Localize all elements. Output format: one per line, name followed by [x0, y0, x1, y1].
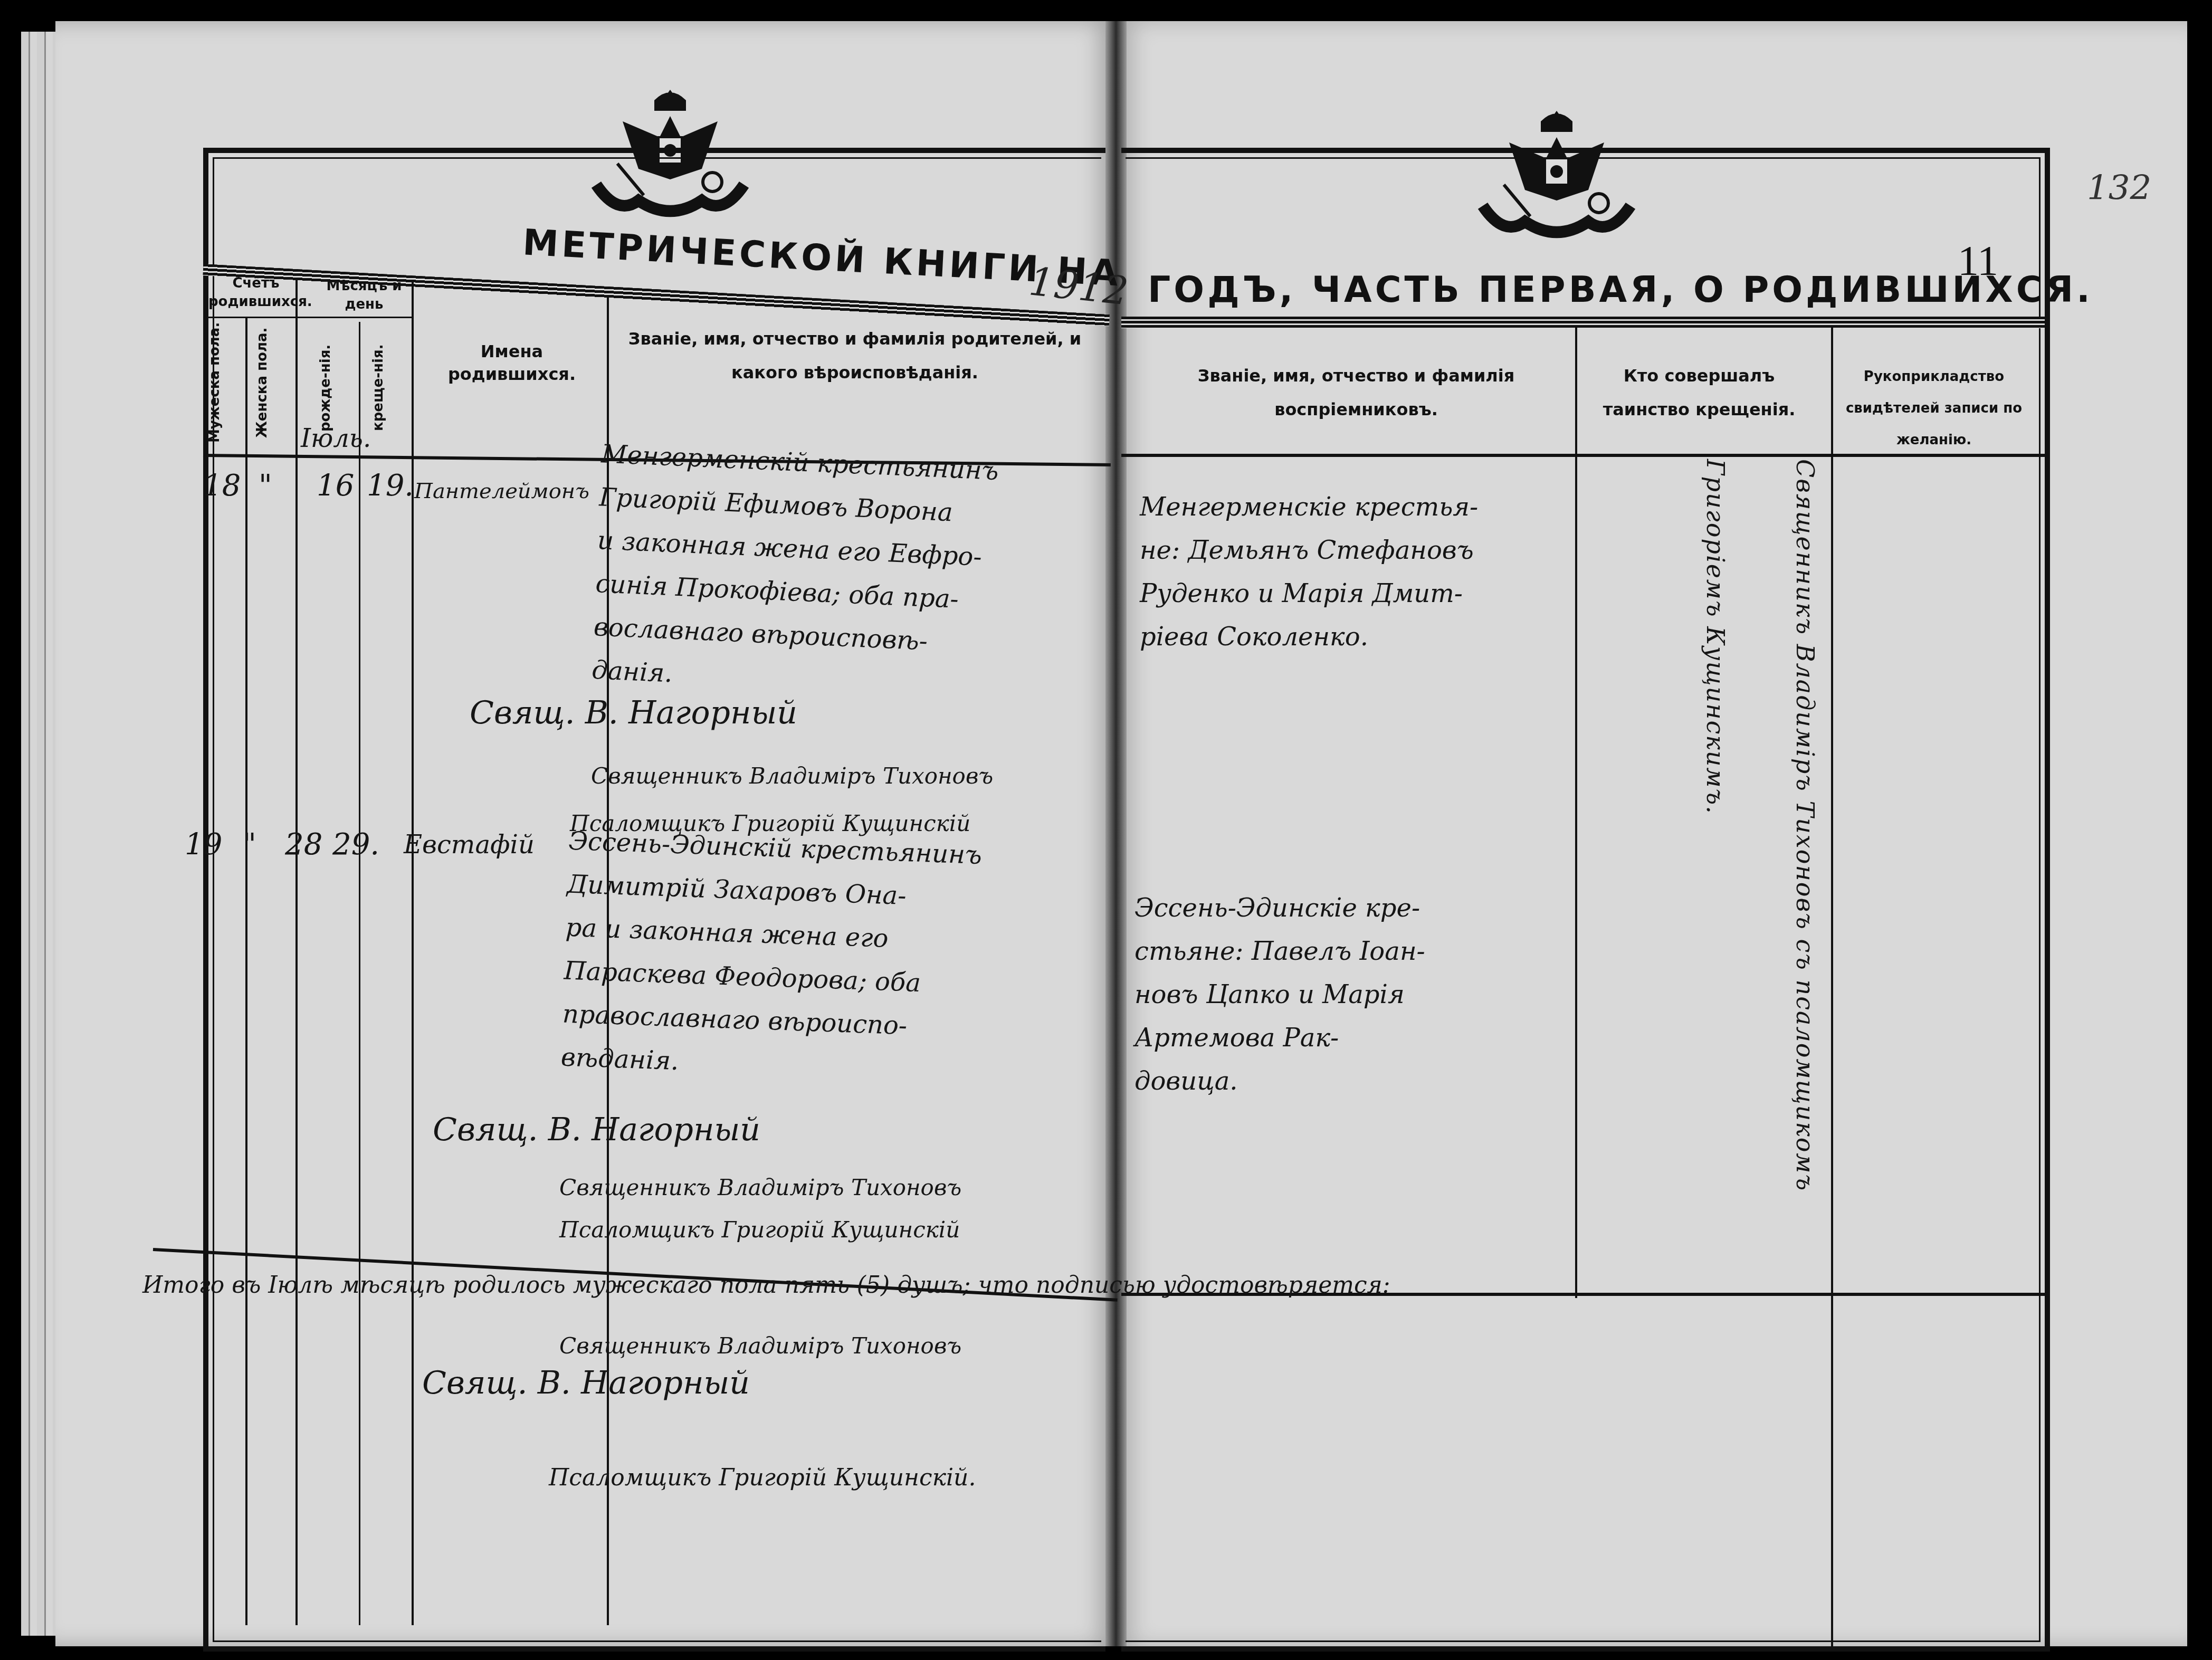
record-2-female-no: " — [243, 823, 256, 866]
final-signature-priest: Свящ. В. Нагорный — [422, 1361, 750, 1405]
record-1-child-name: Пантелеймонъ — [414, 470, 589, 513]
record-2-child-name: Евстафій — [404, 823, 535, 866]
col-header-witness: Рукоприкладство свидѣтелей записи по жел… — [1831, 361, 2037, 456]
col-header-godparents: Званіе, имя, отчество и фамилія воспріем… — [1150, 359, 1562, 426]
col-header-officiant: Кто совершалъ таинство крещенія. — [1578, 359, 1820, 426]
record-1-signature-priest-full: Священникъ Владиміръ Тихоновъ — [591, 755, 993, 798]
month-label: Іюль. — [301, 417, 371, 460]
col-header-female: Женска пола. — [253, 322, 274, 443]
col-header-male: Мужеска пола. — [206, 322, 227, 443]
record-1-birth-day: 16 — [317, 464, 354, 508]
col-header-month-day: Мѣсяцъ и день — [311, 277, 417, 314]
record-1-male-no: 18 — [203, 464, 241, 508]
col-header-count: Счётъ родившихся. — [208, 274, 303, 311]
record-2-signature-psalmist: Псаломщикъ Григорій Кущинскій — [559, 1208, 960, 1252]
col-header-parents: Званіе, имя, отчество и фамилія родителе… — [612, 322, 1098, 389]
record-2-baptism-day: 29. — [332, 823, 379, 866]
col-line — [1575, 327, 1577, 1298]
record-2-birth-day: 28 — [285, 823, 322, 866]
record-2-signature-priest: Свящ. В. Нагорный — [433, 1108, 760, 1151]
record-2-signature-priest-full: Священникъ Владиміръ Тихоновъ — [559, 1166, 961, 1209]
record-1-baptism-day: 19. — [367, 464, 414, 508]
header-bottom-rule-right — [1121, 454, 2050, 457]
page-number: 11 — [1958, 237, 1998, 285]
col-line — [359, 322, 360, 1625]
subheader-rule — [206, 317, 412, 318]
officiant-vertical-text-2: Григоріемъ Кущинскимъ. — [1694, 459, 1737, 987]
col-header-names: Имена родившихся. — [417, 340, 607, 386]
record-1-godparents: Менгерменскіе крестья- не: Демьянъ Стефа… — [1140, 485, 1572, 659]
record-2-male-no: 19 — [185, 823, 222, 866]
record-2-parents: Эссень-Эдинскій крестьянинъ Димитрій Зах… — [560, 819, 1097, 1098]
col-line — [1831, 327, 1833, 1646]
final-signature-psalmist: Псаломщикъ Григорій Кущинскій. — [549, 1456, 976, 1500]
book-title-right: ГОДЪ, ЧАСТЬ ПЕРВАЯ, О РОДИВШИХСЯ. — [1148, 269, 2093, 311]
record-1-signature-priest: Свящ. В. Нагорный — [470, 691, 797, 734]
folio-number: 132 — [2087, 169, 2151, 208]
summary-line: Итого въ Іюлѣ мѣсяцѣ родилось мужескаго … — [142, 1264, 2042, 1307]
col-header-baptism: креще-нія. — [369, 327, 390, 449]
officiant-vertical-text: Священникъ Владиміръ Тихоновъ съ псаломщ… — [1784, 459, 1827, 1594]
record-1-female-no: " — [259, 464, 272, 508]
record-2-godparents: Эссень-Эдинскіе кре- стьяне: Павелъ Іоан… — [1134, 886, 1567, 1103]
col-line — [295, 280, 298, 1625]
col-line — [245, 317, 247, 1625]
header-rule-right — [1121, 317, 2045, 328]
record-1-parents: Менгерменскій крестьянинъ Григорій Ефимо… — [591, 432, 1109, 713]
